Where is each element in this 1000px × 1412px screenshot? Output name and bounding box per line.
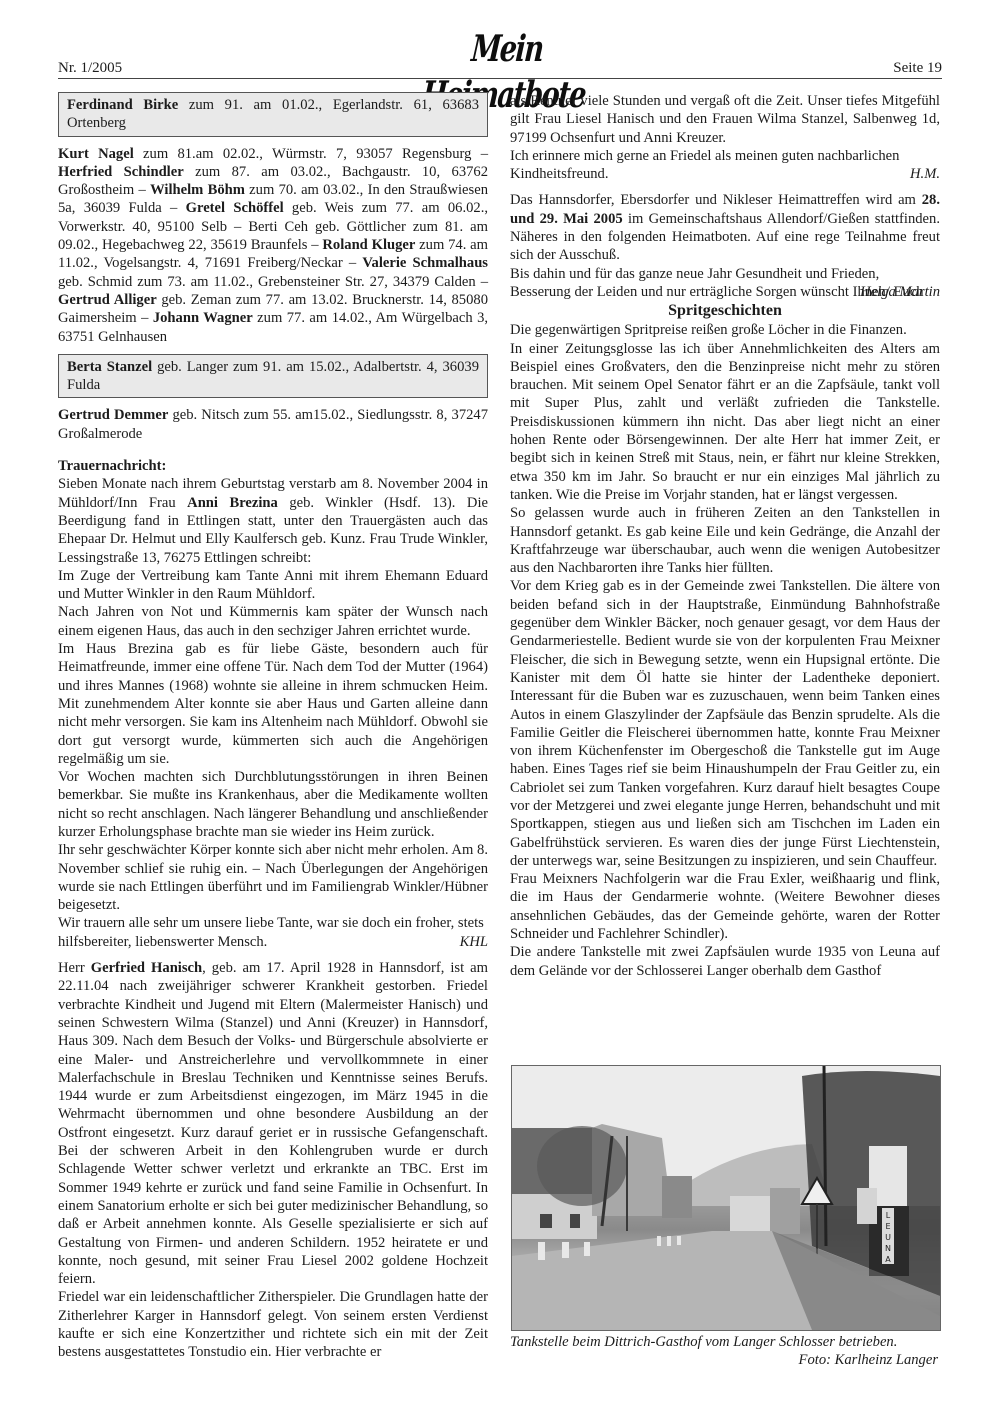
hanisch-continued: als Rentner viele Stunden und vergaß oft… [510, 92, 940, 147]
birthday-demmer: Gertrud Demmer geb. Nitsch zum 55. am15.… [58, 406, 488, 443]
person-name: Gertrud Demmer [58, 407, 168, 423]
text: Herr [58, 960, 91, 976]
obituary-paragraph: Sieben Monate nach ihrem Geburtstag vers… [58, 475, 488, 566]
meeting-announcement: Das Hannsdorfer, Ebersdorfer und Niklese… [510, 191, 940, 264]
right-column: als Rentner viele Stunden und vergaß oft… [510, 92, 940, 980]
person-name: Johann Wagner [153, 310, 253, 326]
text: , geb. am 17. April 1928 in Hannsdorf, i… [58, 960, 488, 1287]
text: Das Hannsdorfer, Ebersdorfer und Niklese… [510, 192, 922, 208]
obituary-paragraph: Im Zuge der Vertreibung kam Tante Anni m… [58, 567, 488, 604]
street-scene-illustration: L E U N A [512, 1066, 940, 1330]
highlight-box-stanzel: Berta Stanzel geb. Langer zum 91. am 15.… [58, 354, 488, 399]
person-name: Ferdinand Birke [67, 97, 178, 113]
pump-label: L [886, 1211, 891, 1220]
issue-number: Nr. 1/2005 [58, 60, 122, 77]
person-name: Wilhelm Böhm [150, 182, 245, 198]
photo-credit: Foto: Karlheinz Langer [510, 1351, 938, 1369]
photo-caption: Tankstelle beim Dittrich-Gasthof vom Lan… [510, 1333, 938, 1369]
pump-label: U [885, 1233, 891, 1242]
article-paragraph: Frau Meixners Nachfolgerin war die Frau … [510, 870, 940, 943]
obituary-paragraph: Vor Wochen machten sich Durchblutungsstö… [58, 768, 488, 841]
person-name: Valerie Schmalhaus [362, 255, 488, 271]
obituary-paragraph: Ihr sehr geschwächter Körper konnte sich… [58, 841, 488, 914]
spacer [58, 346, 488, 354]
spacer [58, 443, 488, 457]
obituary-heading: Trauernachricht: [58, 457, 488, 475]
birthday-text: geb. Schmid zum 73. am 11.02., Grebenste… [58, 274, 488, 290]
pump-label: E [885, 1222, 890, 1231]
hanisch-paragraph: Friedel war ein leidenschaftlicher Zithe… [58, 1288, 488, 1361]
person-name: Anni Brezina [187, 495, 278, 511]
caption-text: Tankstelle beim Dittrich-Gasthof vom Lan… [510, 1333, 938, 1351]
left-column: Ferdinand Birke zum 91. am 01.02., Egerl… [58, 92, 488, 1362]
person-name: Herfried Schindler [58, 164, 184, 180]
page-header: Nr. 1/2005 Mein Heimatbote Seite 19 [58, 40, 942, 80]
historic-photo: L E U N A [511, 1065, 941, 1331]
obituary-paragraph: Nach Jahren von Not und Kümmernis kam sp… [58, 603, 488, 640]
person-name: Roland Kluger [322, 237, 415, 253]
page-number: Seite 19 [893, 60, 942, 77]
person-name: Berta Stanzel [67, 359, 152, 375]
masthead-logo: Mein Heimatbote [420, 27, 594, 76]
article-paragraph: Vor dem Krieg gab es in der Gemeinde zwe… [510, 577, 940, 870]
article-paragraph: So gelassen wurde auch in früheren Zeite… [510, 504, 940, 577]
article-paragraph: Die gegenwärtigen Spritpreise reißen gro… [510, 321, 940, 339]
birthday-text: zum 81.am 02.02., Würmstr. 7, 93057 Rege… [134, 146, 488, 162]
hanisch-paragraph: Herr Gerfried Hanisch, geb. am 17. April… [58, 959, 488, 1288]
spacer [58, 951, 488, 959]
person-name: Gretel Schöffel [186, 200, 284, 216]
article-title: Spritgeschichten [510, 301, 940, 321]
person-name: Gerfried Hanisch [91, 960, 202, 976]
person-name: Kurt Nagel [58, 146, 134, 162]
pump-label: A [885, 1255, 891, 1264]
article-paragraph: In einer Zeitungsglosse las ich über Ann… [510, 340, 940, 505]
obituary-paragraph: Im Haus Brezina gab es für liebe Gäste, … [58, 640, 488, 768]
article-paragraph: Die andere Tankstelle mit zwei Zapfsäule… [510, 943, 940, 980]
birthday-list: Kurt Nagel zum 81.am 02.02., Würmstr. 7,… [58, 145, 488, 346]
header-rule [58, 78, 942, 79]
pump-label: N [885, 1244, 891, 1253]
highlight-box-birke: Ferdinand Birke zum 91. am 01.02., Egerl… [58, 92, 488, 137]
spacer [510, 183, 940, 191]
person-name: Gertrud Alliger [58, 292, 157, 308]
